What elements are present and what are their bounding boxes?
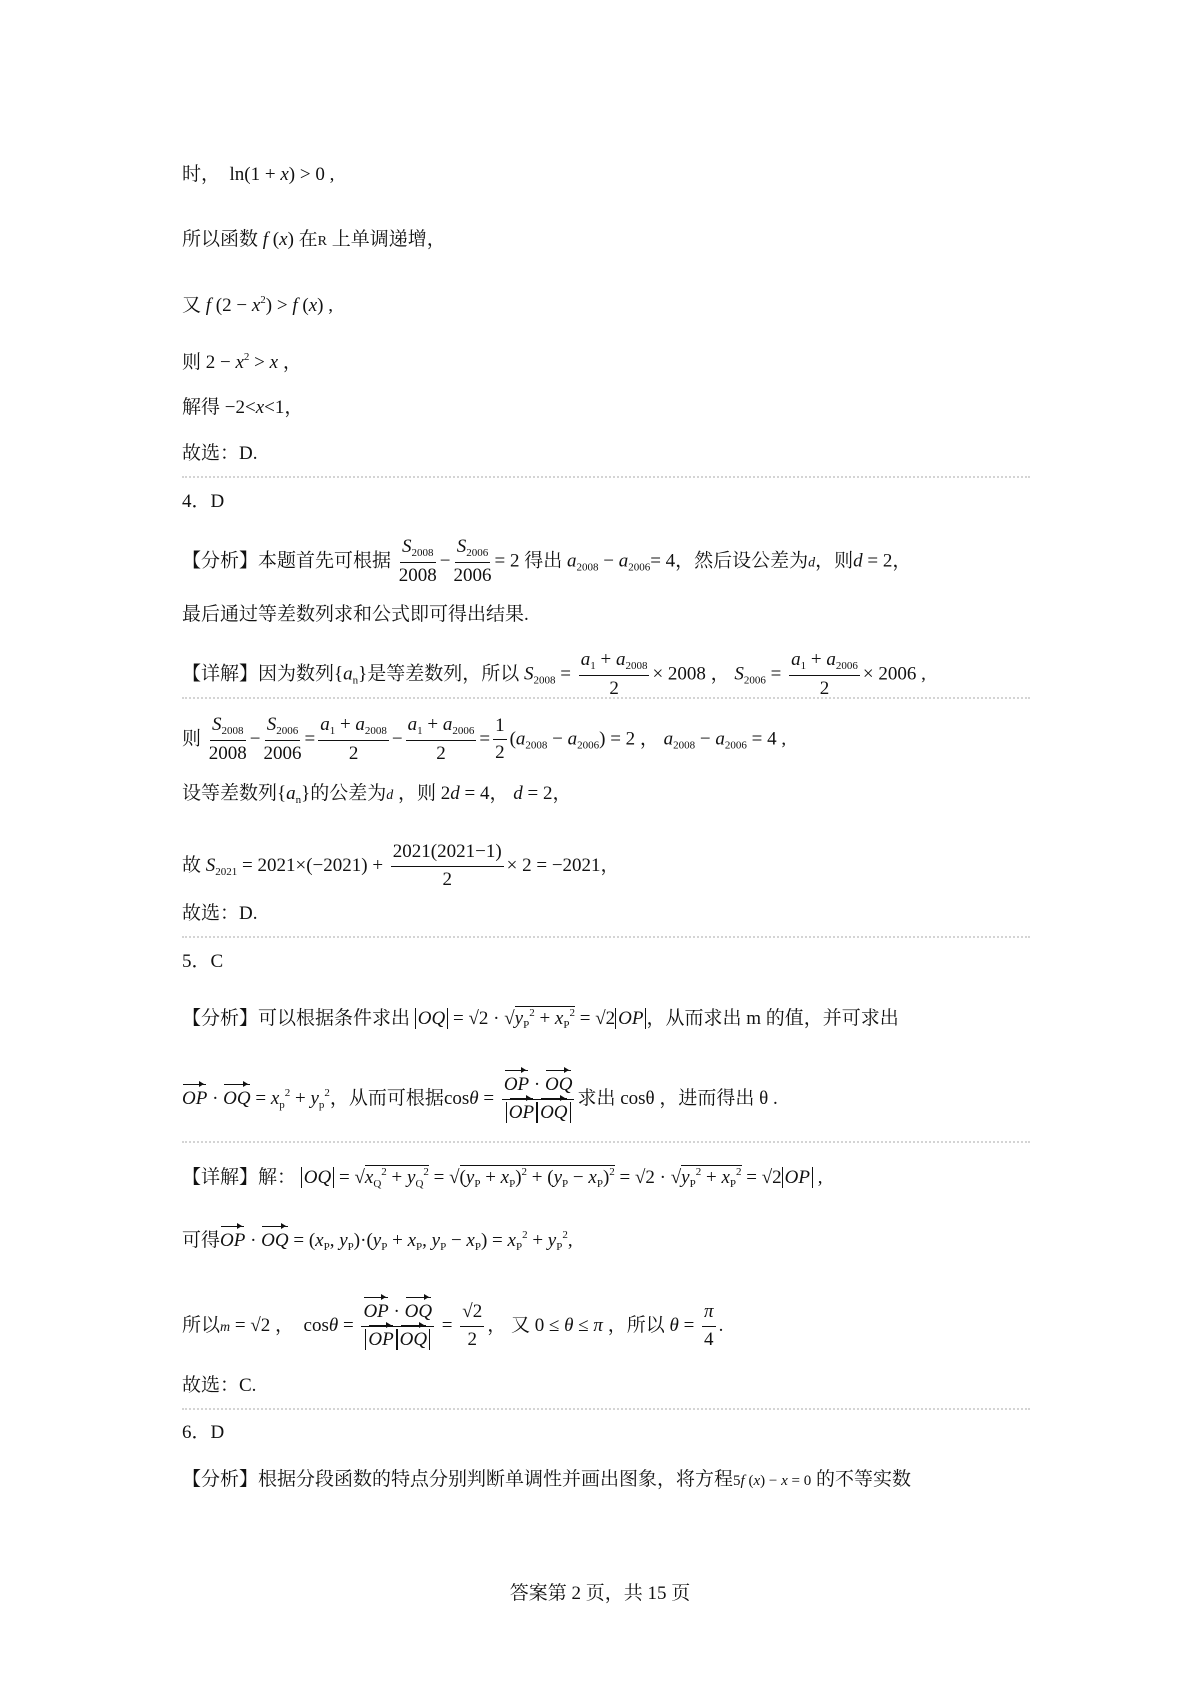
text: ，从而可根据 bbox=[330, 1088, 444, 1109]
text: 可得 bbox=[182, 1230, 220, 1251]
q3-line-3: 又 f (2 − x2) > f (x) , bbox=[182, 295, 333, 315]
q4-detail-1: 【详解】因为数列{an}是等差数列，所以 S2008 = a1 + a20082… bbox=[182, 650, 926, 700]
text: = 2 得出 bbox=[495, 550, 563, 571]
q3-line-5: 解得 −2<x<1， bbox=[182, 398, 303, 417]
q3-answer: 故选：D. bbox=[182, 444, 257, 463]
q4-detail-2: 则 S20082008−S20062006=a1 + a20082−a1 + a… bbox=[182, 715, 786, 765]
q4-heading: 4．D bbox=[182, 492, 224, 511]
analysis-label: 【分析】 bbox=[182, 550, 258, 571]
q5-analysis-2: OP · OQ = xp2 + yp2，从而可根据cosθ = OP · OQO… bbox=[182, 1075, 778, 1124]
q3-line-1: 时， ln(1 + x) > 0 , bbox=[182, 165, 334, 184]
page-footer: 答案第 2 页，共 15 页 bbox=[0, 1578, 1200, 1605]
q5-analysis-1: 【分析】可以根据条件求出 OQ = √2 · √yP2 + xP2 = √2OP… bbox=[182, 1008, 899, 1031]
text: 根据分段函数的特点分别判断单调性并画出图象，将方程 bbox=[258, 1469, 733, 1490]
q5-detail-3: 所以m = √2 ， cosθ = OP · OQOPOQ = √22， 又 0… bbox=[182, 1302, 723, 1351]
text: 的不等实数 bbox=[816, 1469, 911, 1490]
q4-analysis-2: 最后通过等差数列求和公式即可得出结果. bbox=[182, 605, 529, 624]
q5-detail-2: 可得OP · OQ = (xP, yP)·(yP + xP, yP − xP) … bbox=[182, 1230, 573, 1253]
separator bbox=[182, 936, 1030, 938]
detail-label: 【详解】 bbox=[182, 1167, 258, 1188]
q5-heading: 5．C bbox=[182, 952, 223, 971]
text: 所以 bbox=[182, 1315, 220, 1336]
q3-line-2: 所以函数 f (x) 在R 上单调递增， bbox=[182, 230, 446, 249]
separator bbox=[182, 476, 1030, 478]
separator bbox=[182, 1408, 1030, 1410]
text: = 4，然后设公差为 bbox=[650, 550, 808, 571]
text: ，从而求出 m 的值，并可求出 bbox=[646, 1008, 898, 1029]
text: 求出 cosθ ，进而得出 θ . bbox=[577, 1088, 777, 1109]
detail-label: 【详解】 bbox=[182, 663, 258, 684]
q6-heading: 6．D bbox=[182, 1423, 224, 1442]
q6-analysis: 【分析】根据分段函数的特点分别判断单调性并画出图象，将方程5f (x) − x … bbox=[182, 1470, 911, 1489]
text: 可以根据条件求出 bbox=[258, 1008, 410, 1029]
q4-analysis: 【分析】本题首先可根据 S20082008−S20062006= 2 得出 a2… bbox=[182, 537, 911, 587]
q5-answer: 故选：C. bbox=[182, 1376, 256, 1395]
analysis-label: 【分析】 bbox=[182, 1469, 258, 1490]
analysis-label: 【分析】 bbox=[182, 1008, 258, 1029]
separator bbox=[182, 697, 1030, 699]
text: ，则 bbox=[815, 550, 853, 571]
separator bbox=[182, 1141, 1030, 1143]
q4-answer: 故选：D. bbox=[182, 904, 257, 923]
text: 本题首先可根据 bbox=[258, 550, 391, 571]
text: 解： bbox=[258, 1167, 296, 1188]
q4-detail-4: 故 S2021 = 2021×(−2021) + 2021(2021−1)2× … bbox=[182, 842, 620, 891]
q3-line-4: 则 2 − x2 > x ， bbox=[182, 352, 302, 372]
q5-detail-1: 【详解】解： OQ = √xQ2 + yQ2 = √(yP + xP)2 + (… bbox=[182, 1167, 823, 1190]
q4-detail-3: 设等差数列{an}的公差为d ，则 2d = 4， d = 2， bbox=[182, 784, 571, 806]
